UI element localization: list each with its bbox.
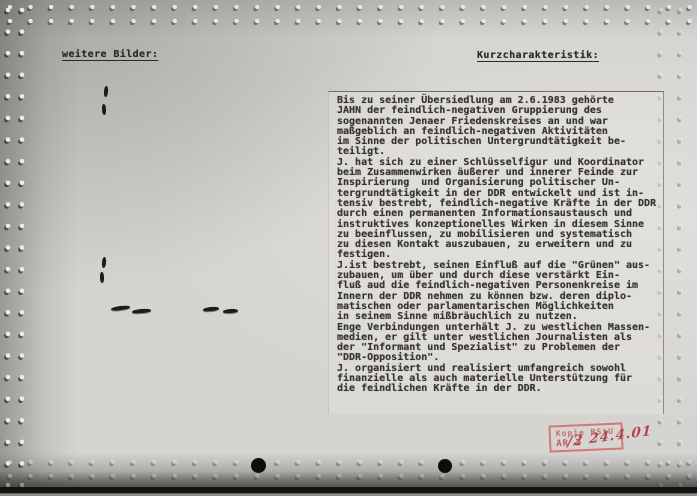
ink-mark [102,257,107,268]
scan-edge-strip [0,487,697,496]
perforation-holes-left [1,0,29,487]
perforation-holes-top [0,1,697,29]
ink-mark [223,308,238,313]
ink-mark [104,86,109,97]
ink-mark [203,306,219,312]
typewritten-text: Bis zu seiner Übersiedlung am 2.6.1983 g… [337,96,661,395]
section-label-kurzcharakteristik: Kurzcharakteristik: [477,50,599,61]
bstu-copy-stamp: Kopie BStU AR 2 /2 24.4.01 [548,422,623,452]
ink-mark [111,305,130,311]
section-label-weitere-bilder: weitere Bilder: [62,49,158,60]
scanned-album-page: weitere Bilder: Kurzcharakteristik: Bis … [0,0,697,487]
punch-hole-right [438,459,452,473]
ink-mark [102,104,107,115]
ink-mark [100,272,104,283]
stamp-handwritten-number: /2 24.4.01 [567,421,686,447]
scan-shadow-bottom [0,471,697,487]
kurzcharakteristik-sheet: Bis zu seiner Übersiedlung am 2.6.1983 g… [328,91,664,414]
punch-hole-left [251,458,266,473]
ink-mark [132,308,151,314]
